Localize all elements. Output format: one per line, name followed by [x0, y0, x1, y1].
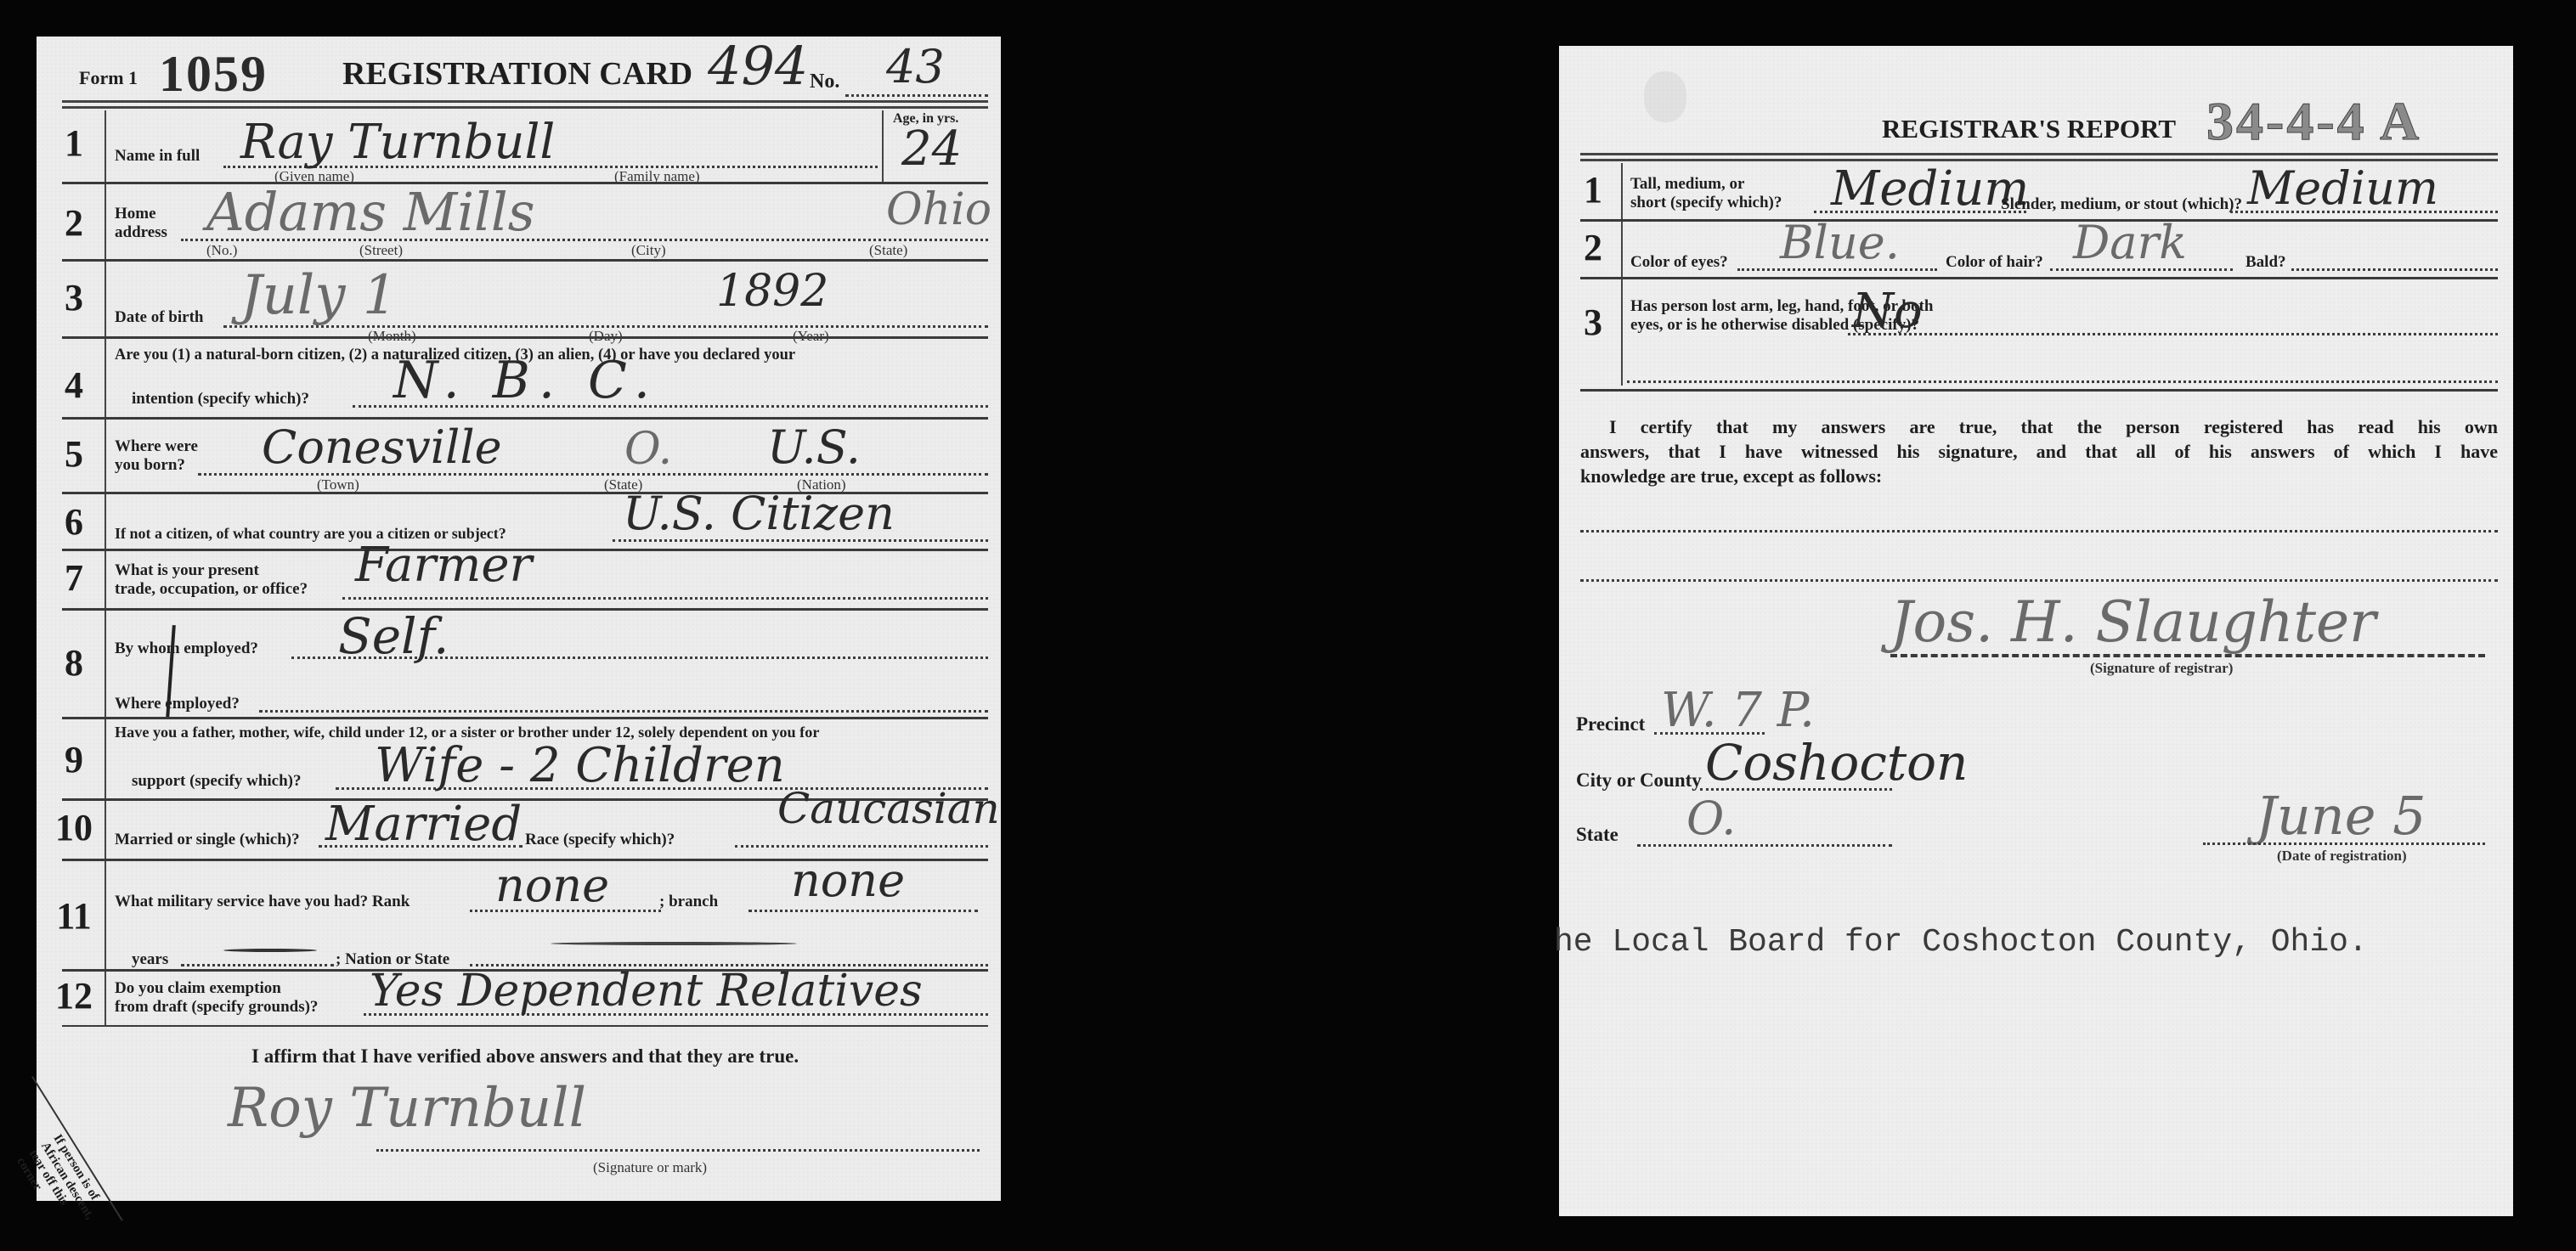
dash-mark	[223, 949, 317, 952]
row-number: 11	[48, 894, 99, 938]
certification-line: knowledge are true, except as follows:	[1580, 464, 2498, 488]
row-number: 9	[48, 738, 99, 781]
exceptions-line-1	[1580, 530, 2498, 533]
bald-line	[2291, 268, 2498, 271]
row-divider	[62, 336, 988, 339]
no-label: No.	[810, 70, 839, 93]
home-label: Home	[115, 205, 156, 223]
eye-color-value: Blue.	[1780, 216, 1900, 269]
citizenship-value: N. B. C.	[393, 351, 658, 410]
no-caption: (No.)	[206, 242, 237, 259]
state-caption: (State)	[869, 242, 907, 259]
serial-number: 1059	[159, 45, 268, 104]
header-rule	[1580, 153, 2498, 161]
where-born-label-1: Where were	[115, 437, 198, 456]
where-born-label-2: you born?	[115, 456, 185, 475]
race-value: Caucasian	[777, 784, 1000, 833]
row-number: 3	[1568, 301, 1618, 344]
row-number: 8	[48, 641, 99, 685]
row-number: 6	[48, 500, 99, 544]
employer-label: By whom employed?	[115, 640, 258, 658]
birth-town-value: Conesville	[262, 420, 502, 474]
where-employed-line	[259, 710, 988, 713]
dob-month-day-value: July 1	[240, 264, 398, 327]
city-value: Adams Mills	[206, 181, 535, 243]
hair-color-label: Color of hair?	[1946, 253, 2043, 272]
registration-date-caption: (Date of registration)	[2277, 848, 2407, 865]
height-label-2: short (specify which)?	[1630, 194, 1782, 212]
exemption-label-2: from draft (specify grounds)?	[115, 998, 318, 1017]
registrar-signature-caption: (Signature of registrar)	[2090, 660, 2233, 677]
height-value: Medium	[1831, 161, 2029, 217]
marital-value: Married	[325, 797, 522, 852]
birth-nation-value: U.S.	[767, 420, 861, 474]
state-value: O.	[1686, 792, 1736, 845]
state-label: State	[1576, 824, 1618, 846]
paper-stain	[1644, 71, 1686, 122]
form-label: Form 1	[79, 67, 138, 89]
state-value: Ohio	[886, 184, 991, 235]
header-rule	[62, 100, 988, 109]
row-divider	[62, 417, 988, 420]
occupation-value: Farmer	[355, 538, 532, 593]
row-divider	[62, 1025, 988, 1027]
dob-label: Date of birth	[115, 308, 203, 327]
address-label: address	[115, 223, 167, 242]
precinct-value: W. 7 P.	[1661, 683, 1815, 738]
city-county-value: Coshocton	[1705, 734, 1968, 792]
row-divider	[1580, 277, 2498, 279]
support-label: support (specify which)?	[132, 772, 302, 791]
disability-line-2	[1627, 380, 2498, 383]
birth-state-value: O.	[624, 424, 672, 475]
registrar-signature-line	[1890, 654, 2485, 657]
registration-card: Form 1 1059 REGISTRATION CARD 494 No. 43…	[37, 37, 1001, 1201]
occupation-label-2: trade, occupation, or office?	[115, 580, 308, 599]
street-caption: (Street)	[359, 242, 403, 259]
country-value: U.S. Citizen	[623, 487, 895, 540]
corner-note: If person is of African descent, tear of…	[13, 1132, 109, 1237]
row-divider	[62, 608, 988, 611]
row-number: 2	[48, 201, 99, 245]
row-number: 1	[1568, 168, 1618, 211]
card-title: REGISTRATION CARD	[342, 55, 692, 93]
no-underline	[845, 94, 988, 97]
intention-label: intention (specify which)?	[132, 390, 309, 409]
report-title: REGISTRAR'S REPORT	[1882, 114, 2176, 144]
registrar-signature: Jos. H. Slaughter	[1890, 589, 2376, 655]
row-divider	[1580, 389, 2498, 392]
disability-value: No	[1852, 284, 1923, 339]
row-divider	[1580, 219, 2498, 222]
race-label: Race (specify which)?	[525, 831, 675, 849]
row-number: 7	[48, 556, 99, 600]
no-value: 43	[886, 40, 945, 93]
row-number: 5	[48, 432, 99, 476]
dash-mark	[551, 942, 797, 945]
row-number: 12	[48, 974, 99, 1017]
years-line	[181, 964, 334, 966]
occupation-line	[342, 597, 988, 600]
row-divider	[62, 717, 988, 719]
row-number: 10	[48, 806, 99, 849]
row-number: 3	[48, 276, 99, 319]
height-label-1: Tall, medium, or	[1630, 175, 1744, 194]
occupation-label-1: What is your present	[115, 561, 259, 580]
state-line	[1637, 844, 1892, 847]
row-divider	[62, 259, 988, 262]
city-county-label: City or County	[1576, 769, 1702, 792]
age-column-divider	[882, 110, 884, 182]
row-number: 1	[48, 121, 99, 165]
age-value: 24	[901, 121, 962, 177]
build-label: Slender, medium, or stout (which)?	[2001, 195, 2242, 214]
exemption-label-1: Do you claim exemption	[115, 979, 281, 998]
branch-line	[749, 910, 978, 912]
row-number: 2	[1568, 226, 1618, 269]
registrars-report-card: REGISTRAR'S REPORT 34-4-4 A 1 Tall, medi…	[1559, 46, 2513, 1216]
number-column-divider	[1621, 163, 1623, 386]
dob-year-value: 1892	[716, 266, 828, 317]
exceptions-line-2	[1580, 579, 2498, 582]
registrant-signature: Roy Turnbull	[228, 1077, 586, 1140]
military-label: What military service have you had? Rank	[115, 893, 410, 911]
branch-label: ; branch	[659, 893, 718, 911]
race-line	[735, 845, 988, 848]
certification-text: I certify that my answers are true, that…	[1580, 414, 2498, 488]
precinct-label: Precinct	[1576, 713, 1645, 735]
report-stamp: 34-4-4 A	[2206, 90, 2421, 153]
exemption-value: Yes Dependent Relatives	[370, 966, 923, 1017]
years-label: years	[132, 950, 168, 969]
marital-label: Married or single (which)?	[115, 831, 300, 849]
affirmation-text: I affirm that I have verified above answ…	[251, 1045, 799, 1068]
certification-line: I certify that my answers are true, that…	[1580, 414, 2498, 439]
rank-value: none	[495, 859, 609, 912]
name-label: Name in full	[115, 147, 200, 166]
certification-line: answers, that I have witnessed his signa…	[1580, 439, 2498, 464]
disability-line	[1848, 333, 2498, 335]
row-number: 4	[48, 363, 99, 407]
registration-date-line	[2203, 842, 2485, 845]
support-value: Wife - 2 Children	[375, 738, 785, 793]
branch-value: none	[791, 854, 905, 907]
registration-date-value: June 5	[2256, 785, 2426, 847]
signature-caption: (Signature or mark)	[593, 1159, 707, 1176]
hair-color-value: Dark	[2073, 216, 2187, 269]
town-caption: (Town)	[317, 476, 359, 493]
where-employed-label: Where employed?	[115, 695, 240, 713]
city-caption: (City)	[631, 242, 666, 259]
employer-value: Self.	[338, 607, 449, 665]
local-board-note: he Local Board for Coshocton County, Ohi…	[1554, 924, 2368, 961]
name-value: Ray Turnbull	[240, 115, 555, 170]
eye-color-label: Color of eyes?	[1630, 253, 1728, 272]
signature-line	[376, 1149, 980, 1152]
number-column-divider	[105, 110, 106, 1025]
handwritten-annotation: 494	[708, 35, 808, 97]
bald-label: Bald?	[2246, 253, 2286, 272]
build-value: Medium	[2247, 161, 2438, 215]
